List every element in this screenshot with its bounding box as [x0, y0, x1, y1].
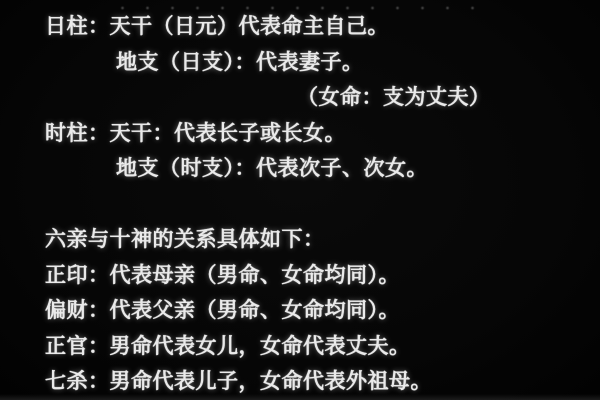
six-relations-item-zhengyin: 正印：代表母亲（男命、女命均同）。: [0, 257, 600, 293]
six-relations-item-zhengguan: 正官：男命代表女儿，女命代表丈夫。: [0, 328, 600, 364]
six-relations-heading: 六亲与十神的关系具体如下：: [0, 221, 600, 257]
six-relations-item-piancai: 偏财：代表父亲（男命、女命均同）。: [0, 292, 600, 328]
day-pillar-stem-line: 日柱：天干（日元）代表命主自己。: [0, 8, 600, 44]
hour-pillar-branch-line: 地支（时支）：代表次子、次女。: [0, 150, 600, 186]
slide-text-content: 日柱：天干（日元）代表命主自己。 地支（日支）：代表妻子。 （女命：支为丈夫） …: [0, 8, 600, 399]
bottom-edge-band: [0, 394, 600, 400]
blank-spacer-line: [0, 186, 600, 222]
day-pillar-branch-line: 地支（日支）：代表妻子。: [0, 44, 600, 80]
bazi-slide: 日柱：天干（日元）代表命主自己。 地支（日支）：代表妻子。 （女命：支为丈夫） …: [0, 0, 600, 400]
hour-pillar-stem-line: 时柱：天干：代表长子或长女。: [0, 115, 600, 151]
day-pillar-female-note-line: （女命：支为丈夫）: [0, 79, 600, 115]
